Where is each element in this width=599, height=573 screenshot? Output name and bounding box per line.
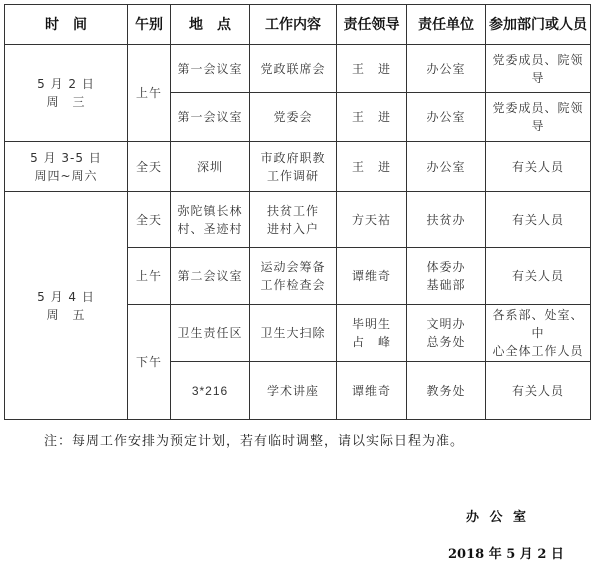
header-unit: 责任单位: [407, 5, 486, 45]
header-period: 午别: [128, 5, 171, 45]
weekly-schedule-table: 时 间 午别 地 点 工作内容 责任领导 责任单位 参加部门或人员 5 月 2 …: [4, 4, 591, 420]
period-cell: 下午: [128, 305, 171, 420]
leader-cell: 谭维奇: [337, 248, 407, 305]
content-cell: 市政府职教 工作调研: [250, 142, 337, 192]
leader-cell: 毕明生 占 峰: [337, 305, 407, 362]
content-cell: 扶贫工作 进村入户: [250, 192, 337, 248]
content-cell: 党委会: [250, 93, 337, 142]
attendees-cell: 有关人员: [486, 362, 591, 420]
period-cell: 全天: [128, 192, 171, 248]
table-row: 5 月 4 日 周 五 全天 弥陀镇长林 村、圣迹村 扶贫工作 进村入户 方天祜…: [5, 192, 591, 248]
place-cell: 卫生责任区: [171, 305, 250, 362]
attendees-cell: 党委成员、院领导: [486, 93, 591, 142]
unit-cell: 办公室: [407, 93, 486, 142]
signature-office: 办 公 室: [466, 506, 529, 525]
content-cell: 运动会筹备 工作检查会: [250, 248, 337, 305]
place-cell: 3*216: [171, 362, 250, 420]
attendees-cell: 有关人员: [486, 142, 591, 192]
leader-cell: 王 进: [337, 45, 407, 93]
header-row: 时 间 午别 地 点 工作内容 责任领导 责任单位 参加部门或人员: [5, 5, 591, 45]
attendees-cell: 有关人员: [486, 248, 591, 305]
content-cell: 学术讲座: [250, 362, 337, 420]
header-place: 地 点: [171, 5, 250, 45]
table-row: 5 月 3-5 日 周四~周六 全天 深圳 市政府职教 工作调研 王 进 办公室…: [5, 142, 591, 192]
attendees-cell: 党委成员、院领导: [486, 45, 591, 93]
unit-cell: 办公室: [407, 142, 486, 192]
content-cell: 卫生大扫除: [250, 305, 337, 362]
table-row: 5 月 2 日 周 三 上午 第一会议室 党政联席会 王 进 办公室 党委成员、…: [5, 45, 591, 93]
attendees-cell: 有关人员: [486, 192, 591, 248]
date-cell: 5 月 3-5 日 周四~周六: [5, 142, 128, 192]
leader-cell: 王 进: [337, 93, 407, 142]
place-cell: 深圳: [171, 142, 250, 192]
date-cell: 5 月 2 日 周 三: [5, 45, 128, 142]
header-time: 时 间: [5, 5, 128, 45]
leader-cell: 王 进: [337, 142, 407, 192]
place-cell: 第一会议室: [171, 93, 250, 142]
date-cell: 5 月 4 日 周 五: [5, 192, 128, 420]
content-cell: 党政联席会: [250, 45, 337, 93]
leader-cell: 谭维奇: [337, 362, 407, 420]
header-leader: 责任领导: [337, 5, 407, 45]
place-cell: 弥陀镇长林 村、圣迹村: [171, 192, 250, 248]
leader-cell: 方天祜: [337, 192, 407, 248]
signature-date: 2018 年 5 月 2 日: [448, 543, 564, 562]
header-content: 工作内容: [250, 5, 337, 45]
place-cell: 第一会议室: [171, 45, 250, 93]
unit-cell: 扶贫办: [407, 192, 486, 248]
period-cell: 上午: [128, 248, 171, 305]
header-attendees: 参加部门或人员: [486, 5, 591, 45]
attendees-cell: 各系部、处室、中 心全体工作人员: [486, 305, 591, 362]
schedule-note: 注：每周工作安排为预定计划，若有临时调整，请以实际日程为准。: [44, 430, 464, 449]
period-cell: 全天: [128, 142, 171, 192]
unit-cell: 教务处: [407, 362, 486, 420]
unit-cell: 体委办 基础部: [407, 248, 486, 305]
unit-cell: 文明办 总务处: [407, 305, 486, 362]
period-cell: 上午: [128, 45, 171, 142]
unit-cell: 办公室: [407, 45, 486, 93]
place-cell: 第二会议室: [171, 248, 250, 305]
